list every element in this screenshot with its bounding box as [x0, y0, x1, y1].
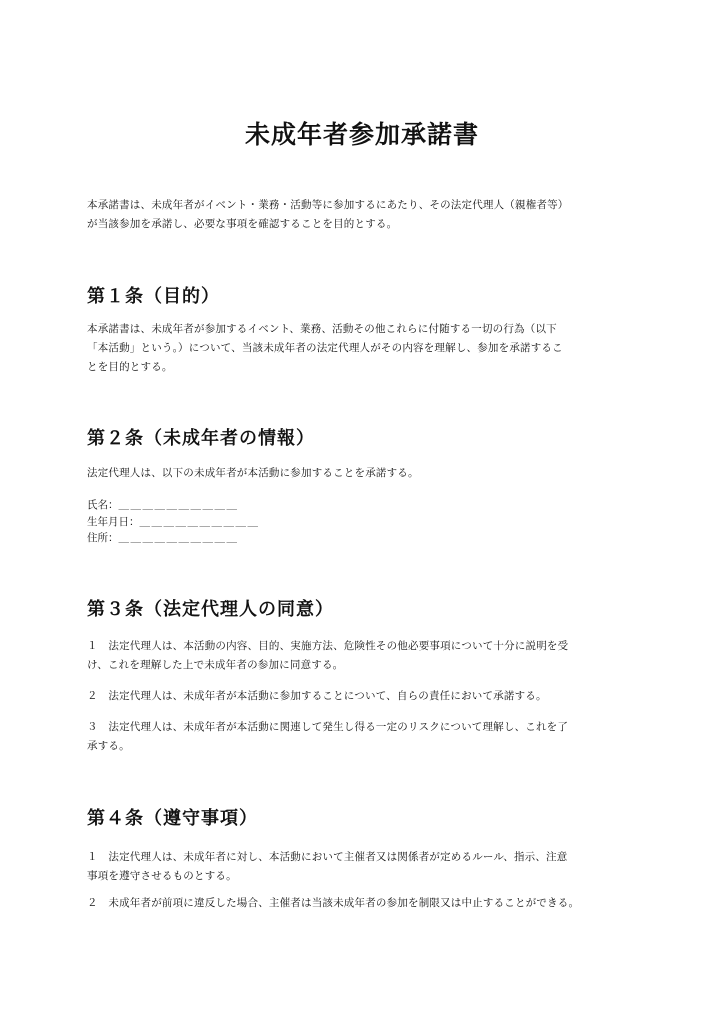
article-1-paragraph: 本承諾書は、未成年者が参加するイベント、業務、活動その他これらに付随する一切の行… — [87, 320, 647, 377]
article-3-heading: 第３条（法定代理人の同意） — [87, 597, 334, 623]
field-name-blank[interactable]: ＿＿＿＿＿＿＿＿＿＿ — [119, 497, 239, 514]
article-2-paragraph: 法定代理人は、以下の未成年者が本活動に参加することを承諾する。 — [87, 464, 647, 483]
article-3-paragraph-1: １ 法定代理人は、本活動の内容、目的、実施方法、危険性その他必要事項について十分… — [87, 637, 647, 675]
article-2-heading: 第２条（未成年者の情報） — [87, 426, 315, 452]
field-address-label: 住所： — [87, 530, 119, 547]
field-address-blank[interactable]: ＿＿＿＿＿＿＿＿＿＿ — [119, 530, 239, 547]
preamble-paragraph: 本承諾書は、未成年者がイベント・業務・活動等に参加するにあたり、その法定代理人（… — [87, 196, 647, 234]
field-birthdate-label: 生年月日： — [87, 514, 140, 531]
field-name-label: 氏名： — [87, 497, 119, 514]
article-4-paragraph-2: ２ 未成年者が前項に違反した場合、主催者は当該未成年者の参加を制限又は中止するこ… — [87, 894, 647, 913]
field-address: 住所： ＿＿＿＿＿＿＿＿＿＿ — [87, 530, 260, 547]
article-3-paragraph-3: ３ 法定代理人は、未成年者が本活動に関連して発生し得る一定のリスクについて理解し… — [87, 718, 647, 756]
field-birthdate-blank[interactable]: ＿＿＿＿＿＿＿＿＿＿ — [140, 514, 260, 531]
field-birthdate: 生年月日： ＿＿＿＿＿＿＿＿＿＿ — [87, 514, 260, 531]
minor-info-fields: 氏名： ＿＿＿＿＿＿＿＿＿＿ 生年月日： ＿＿＿＿＿＿＿＿＿＿ 住所： ＿＿＿＿… — [87, 497, 260, 547]
field-name: 氏名： ＿＿＿＿＿＿＿＿＿＿ — [87, 497, 260, 514]
document-title: 未成年者参加承諾書 — [0, 119, 724, 151]
article-3-paragraph-2: ２ 法定代理人は、未成年者が本活動に参加することについて、自らの責任において承諾… — [87, 687, 647, 706]
article-1-heading: 第１条（目的） — [87, 284, 220, 310]
article-4-paragraph-1: １ 法定代理人は、未成年者に対し、本活動において主催者又は関係者が定めるルール、… — [87, 848, 647, 886]
article-4-heading: 第４条（遵守事項） — [87, 806, 258, 832]
document-page: 未成年者参加承諾書 本承諾書は、未成年者がイベント・業務・活動等に参加するにあた… — [0, 0, 724, 1024]
